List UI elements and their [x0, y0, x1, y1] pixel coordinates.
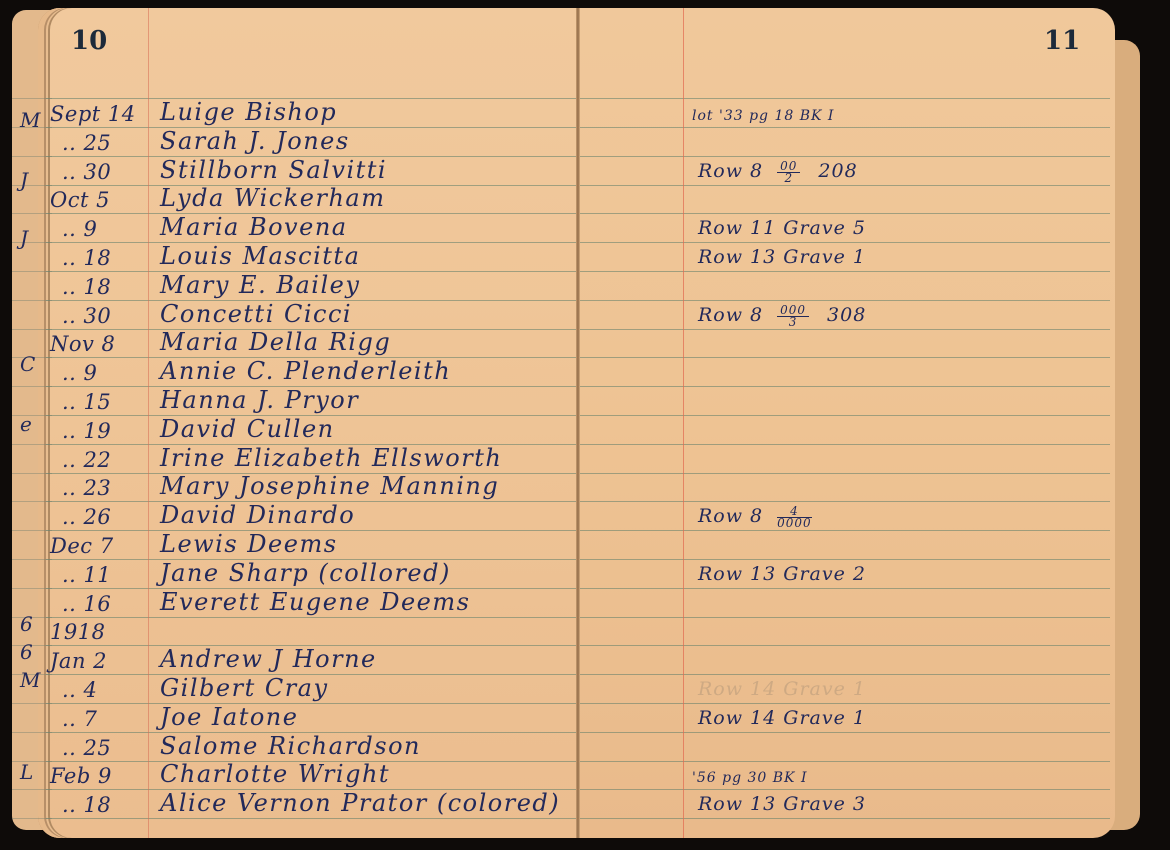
- edge-mark: J: [20, 168, 28, 192]
- ruled-line: [12, 185, 52, 186]
- ruled-line: [580, 645, 1110, 646]
- entry-name: Charlotte Wright: [160, 760, 390, 788]
- entry-date: .. 9: [62, 361, 97, 385]
- ruled-line: [580, 559, 1110, 560]
- entry-name: Andrew J Horne: [160, 645, 377, 673]
- ruled-line: [12, 473, 52, 474]
- right-margin-line: [683, 8, 684, 838]
- entry-date: .. 30: [62, 304, 111, 328]
- entry-name: Annie C. Plenderleith: [160, 357, 451, 385]
- entry-date: .. 16: [62, 592, 111, 616]
- entry-name: Jane Sharp (collored): [160, 559, 451, 587]
- entry-name: Salome Richardson: [160, 732, 421, 760]
- ruled-line: [12, 444, 52, 445]
- entry-date: .. 18: [62, 793, 111, 817]
- ruled-line: [580, 357, 1110, 358]
- entry-date: .. 18: [62, 246, 111, 270]
- ruled-line: [580, 617, 1110, 618]
- note-text: Row 14 Grave 1: [698, 707, 866, 729]
- note-text: Row 11 Grave 5: [698, 217, 866, 239]
- plot-note: Row 8002208: [698, 160, 858, 184]
- ruled-line: [580, 98, 1110, 99]
- ruled-line: [12, 789, 52, 790]
- entry-date: .. 25: [62, 736, 111, 760]
- entry-date: .. 23: [62, 476, 111, 500]
- entry-name: Alice Vernon Prator (colored): [160, 789, 560, 817]
- ruled-line: [580, 818, 1110, 819]
- entry-name: Joe Iatone: [160, 703, 298, 731]
- ruled-line: [580, 674, 1110, 675]
- ruled-line: [580, 329, 1110, 330]
- left-margin-line: [148, 8, 149, 838]
- lot-number: 308: [827, 304, 866, 326]
- ruled-line: [580, 473, 1110, 474]
- note-text: '56 pg 30 BK I: [692, 770, 807, 786]
- plot-note: Row 13 Grave 1: [698, 246, 866, 268]
- fraction-denominator: 0000: [777, 518, 812, 529]
- page-number-right: 11: [1044, 26, 1080, 56]
- fraction: 002: [777, 161, 800, 184]
- entry-date: Jan 2: [50, 649, 107, 673]
- entry-date: .. 19: [62, 419, 111, 443]
- plot-note: Row 14 Grave 1: [698, 707, 866, 729]
- page-number-left: 10: [71, 26, 107, 56]
- entry-name: Lewis Deems: [160, 530, 338, 558]
- ruled-line: [580, 213, 1110, 214]
- ruled-line: [580, 242, 1110, 243]
- edge-mark: M: [20, 108, 40, 132]
- entry-name: Luige Bishop: [160, 98, 337, 126]
- ruled-line: [12, 732, 52, 733]
- entry-date: .. 15: [62, 390, 111, 414]
- fraction: 0003: [777, 305, 809, 328]
- entry-date: Oct 5: [50, 188, 110, 212]
- ruled-line: [46, 703, 576, 704]
- note-text: Row 13 Grave 1: [698, 246, 866, 268]
- ruled-line: [12, 213, 52, 214]
- note-text: Row 14 Grave 1: [698, 678, 866, 700]
- plot-note: Row 13 Grave 3: [698, 793, 866, 815]
- entry-date: Dec 7: [50, 534, 114, 558]
- entry-date: 1918: [50, 620, 105, 644]
- entry-name: Gilbert Cray: [160, 674, 329, 702]
- ruled-line: [580, 127, 1110, 128]
- entry-name: David Dinardo: [160, 501, 355, 529]
- ruled-line: [580, 530, 1110, 531]
- ruled-line: [12, 530, 52, 531]
- entry-date: .. 25: [62, 131, 111, 155]
- ruled-line: [580, 271, 1110, 272]
- ruled-line: [12, 588, 52, 589]
- entry-name: Hanna J. Pryor: [160, 386, 359, 414]
- edge-mark: 6: [20, 612, 33, 636]
- ruled-line: [580, 444, 1110, 445]
- ledger-spread: 10 11 Sept 14Luige Bishop.. 25Sarah J. J…: [0, 0, 1170, 850]
- edge-mark: 6: [20, 640, 33, 664]
- entry-date: .. 26: [62, 505, 111, 529]
- entry-date: .. 4: [62, 678, 97, 702]
- entry-date: .. 9: [62, 217, 97, 241]
- entry-name: Louis Mascitta: [160, 242, 360, 270]
- note-text: lot '33 pg 18 BK I: [692, 108, 834, 124]
- plot-note: Row 13 Grave 2: [698, 563, 866, 585]
- ruled-line: [12, 559, 52, 560]
- entry-name: Maria Della Rigg: [160, 328, 391, 356]
- ruled-line: [12, 271, 52, 272]
- entry-name: Sarah J. Jones: [160, 127, 350, 155]
- ruled-line: [12, 242, 52, 243]
- note-text: Row 13 Grave 3: [698, 793, 866, 815]
- entry-name: Mary E. Bailey: [160, 271, 360, 299]
- plot-note: '56 pg 30 BK I: [692, 770, 807, 786]
- entry-name: David Cullen: [160, 415, 335, 443]
- entry-date: Feb 9: [50, 764, 112, 788]
- ruled-line: [12, 415, 52, 416]
- entry-name: Maria Bovena: [160, 213, 348, 241]
- entry-name: Mary Josephine Manning: [160, 472, 499, 500]
- fraction-denominator: 2: [777, 173, 800, 184]
- entry-date: .. 22: [62, 448, 111, 472]
- entry-name: Stillborn Salvitti: [160, 156, 387, 184]
- plot-note: Row 80003308: [698, 304, 866, 328]
- edge-mark: L: [20, 760, 33, 784]
- entry-date: .. 30: [62, 160, 111, 184]
- ruled-line: [12, 98, 52, 99]
- ruled-line: [580, 185, 1110, 186]
- faint-note: Row 14 Grave 1: [698, 678, 866, 700]
- entry-date: .. 7: [62, 707, 97, 731]
- entry-date: .. 18: [62, 275, 111, 299]
- ruled-line: [580, 588, 1110, 589]
- entry-name: Lyda Wickerham: [160, 184, 385, 212]
- plot-note: lot '33 pg 18 BK I: [692, 108, 834, 124]
- fraction: 40000: [777, 506, 812, 529]
- edge-mark: J: [20, 226, 28, 250]
- entry-date: Nov 8: [50, 332, 115, 356]
- ruled-line: [580, 386, 1110, 387]
- edge-mark: C: [20, 352, 35, 376]
- ruled-line: [12, 300, 52, 301]
- book-spine: [576, 8, 580, 838]
- note-text: Row 8: [698, 304, 763, 326]
- ruled-line: [580, 415, 1110, 416]
- edge-mark: e: [20, 412, 32, 436]
- plot-note: Row 840000: [698, 505, 830, 529]
- entry-name: Concetti Cicci: [160, 300, 352, 328]
- ruled-line: [12, 818, 52, 819]
- entry-name: Everett Eugene Deems: [160, 588, 470, 616]
- ruled-line: [12, 703, 52, 704]
- entry-name: Irine Elizabeth Ellsworth: [160, 444, 502, 472]
- note-text: Row 8: [698, 160, 763, 182]
- ruled-line: [580, 789, 1110, 790]
- ruled-line: [580, 703, 1110, 704]
- note-text: Row 13 Grave 2: [698, 563, 866, 585]
- ruled-line: [12, 386, 52, 387]
- lot-number: 208: [818, 160, 857, 182]
- ruled-line: [580, 761, 1110, 762]
- ruled-line: [12, 501, 52, 502]
- ruled-line: [12, 329, 52, 330]
- plot-note: Row 11 Grave 5: [698, 217, 866, 239]
- edge-mark: M: [20, 668, 40, 692]
- fraction-denominator: 3: [777, 317, 809, 328]
- ruled-line: [12, 156, 52, 157]
- entry-date: Sept 14: [50, 102, 136, 126]
- ruled-line: [580, 501, 1110, 502]
- entry-date: .. 11: [62, 563, 111, 587]
- ruled-line: [580, 732, 1110, 733]
- note-text: Row 8: [698, 505, 763, 527]
- ruled-line: [46, 818, 576, 819]
- ruled-line: [46, 617, 576, 618]
- ruled-line: [580, 300, 1110, 301]
- ruled-line: [580, 156, 1110, 157]
